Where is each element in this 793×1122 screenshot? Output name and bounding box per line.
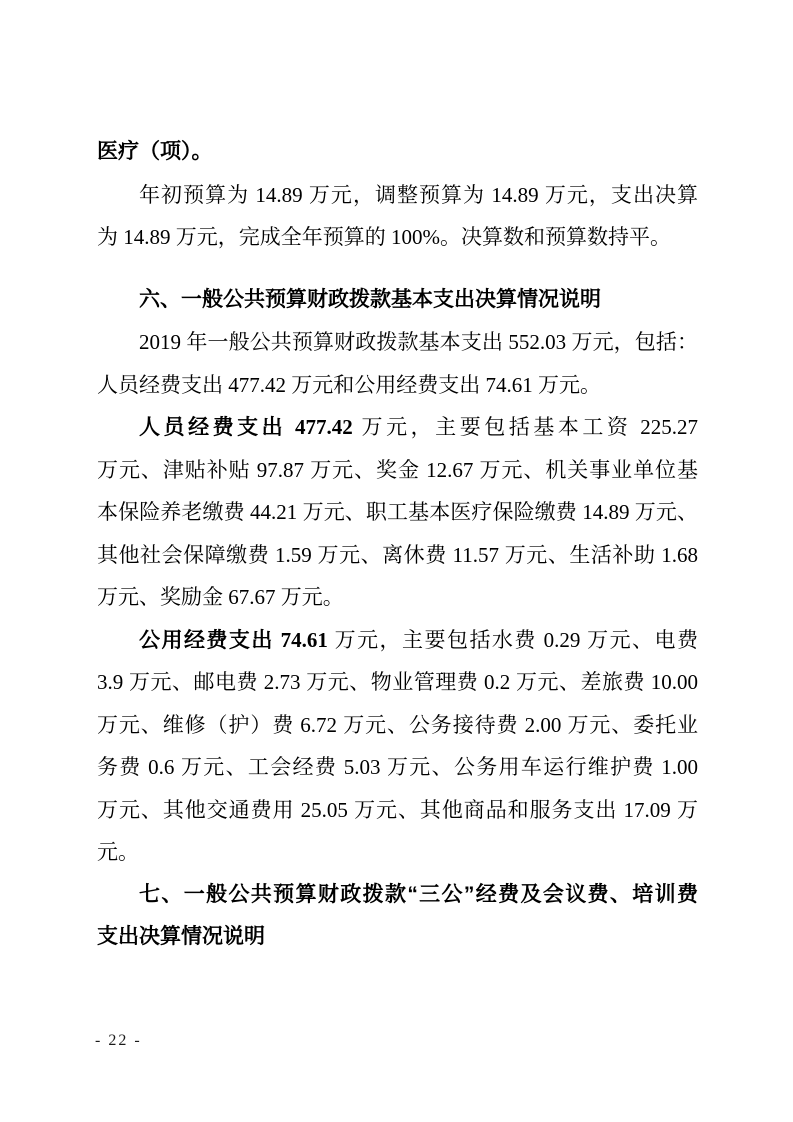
text-segment-bold: 七、一般公共预算财政拨款“三公”经费及会议费、培训费 <box>139 883 698 906</box>
text-segment: 万元，主要包括基本工资 225.27 <box>353 415 698 439</box>
para-personnel-expenses-line-5: 万元、奖励金 67.67 万元。 <box>97 576 698 619</box>
text-segment-bold: 人员经费支出 477.42 <box>139 415 353 439</box>
text-segment: 万元、奖励金 67.67 万元。 <box>97 585 344 609</box>
text-segment: 元。 <box>97 840 139 864</box>
heading-section-7-line-1: 七、一般公共预算财政拨款“三公”经费及会议费、培训费 <box>97 874 698 917</box>
text-segment-bold: 公用经费支出 74.61 <box>139 628 328 652</box>
heading-section-7-line-2: 支出决算情况说明 <box>97 916 698 959</box>
text-segment: 3.9 万元、邮电费 2.73 万元、物业管理费 0.2 万元、差旅费 10.0… <box>97 670 698 694</box>
text-segment: 年初预算为 14.89 万元，调整预算为 14.89 万元，支出决算 <box>139 183 698 207</box>
text-segment: 务费 0.6 万元、工会经费 5.03 万元、公务用车运行维护费 1.00 <box>97 755 698 779</box>
para-basic-expenditure-total-line-2: 人员经费支出 477.42 万元和公用经费支出 74.61 万元。 <box>97 364 698 407</box>
document-page: 医疗（项）。年初预算为 14.89 万元，调整预算为 14.89 万元，支出决算… <box>0 0 793 1122</box>
para-public-expenses-line-4: 务费 0.6 万元、工会经费 5.03 万元、公务用车运行维护费 1.00 <box>97 746 698 789</box>
heading-section-6-line-1: 六、一般公共预算财政拨款基本支出决算情况说明 <box>97 279 698 322</box>
para-personnel-expenses-line-2: 万元、津贴补贴 97.87 万元、奖金 12.67 万元、机关事业单位基 <box>97 449 698 492</box>
document-body: 医疗（项）。年初预算为 14.89 万元，调整预算为 14.89 万元，支出决算… <box>97 131 698 959</box>
text-segment-bold: 六、一般公共预算财政拨款基本支出决算情况说明 <box>139 288 601 311</box>
para-personnel-expenses-line-4: 其他社会保障缴费 1.59 万元、离休费 11.57 万元、生活补助 1.68 <box>97 534 698 577</box>
para-basic-expenditure-total-line-1: 2019 年一般公共预算财政拨款基本支出 552.03 万元，包括： <box>97 321 698 364</box>
text-segment: 万元、维修（护）费 6.72 万元、公务接待费 2.00 万元、委托业 <box>97 713 698 737</box>
heading-yiliao-continued: 医疗（项）。 <box>97 131 698 174</box>
text-segment: 2019 年一般公共预算财政拨款基本支出 552.03 万元，包括： <box>139 330 698 354</box>
para-medical-budget-summary: 年初预算为 14.89 万元，调整预算为 14.89 万元，支出决算为 14.8… <box>97 174 698 259</box>
text-segment: 万元、其他交通费用 25.05 万元、其他商品和服务支出 17.09 万 <box>97 798 698 822</box>
para-personnel-expenses-line-3: 本保险养老缴费 44.21 万元、职工基本医疗保险缴费 14.89 万元、 <box>97 491 698 534</box>
text-segment: 其他社会保障缴费 1.59 万元、离休费 11.57 万元、生活补助 1.68 <box>97 543 698 567</box>
para-personnel-expenses: 人员经费支出 477.42 万元，主要包括基本工资 225.27万元、津贴补贴 … <box>97 406 698 619</box>
para-medical-budget-summary-line-2: 为 14.89 万元，完成全年预算的 100%。决算数和预算数持平。 <box>97 216 698 259</box>
page-number: - 22 - <box>95 1030 142 1052</box>
text-segment: 为 14.89 万元，完成全年预算的 100%。决算数和预算数持平。 <box>97 225 671 249</box>
para-public-expenses-line-5: 万元、其他交通费用 25.05 万元、其他商品和服务支出 17.09 万 <box>97 789 698 832</box>
para-public-expenses-line-1: 公用经费支出 74.61 万元，主要包括水费 0.29 万元、电费 <box>97 619 698 662</box>
para-public-expenses-line-6: 元。 <box>97 831 698 874</box>
text-segment-bold: 医疗（项）。 <box>97 140 213 163</box>
text-segment: 人员经费支出 477.42 万元和公用经费支出 74.61 万元。 <box>97 373 601 397</box>
text-segment-bold: 支出决算情况说明 <box>97 925 265 948</box>
para-medical-budget-summary-line-1: 年初预算为 14.89 万元，调整预算为 14.89 万元，支出决算 <box>97 174 698 217</box>
text-segment: 万元、津贴补贴 97.87 万元、奖金 12.67 万元、机关事业单位基 <box>97 458 698 482</box>
para-public-expenses-line-3: 万元、维修（护）费 6.72 万元、公务接待费 2.00 万元、委托业 <box>97 704 698 747</box>
text-segment: 本保险养老缴费 44.21 万元、职工基本医疗保险缴费 14.89 万元、 <box>97 500 698 524</box>
heading-yiliao-continued-line-1: 医疗（项）。 <box>97 131 698 174</box>
text-segment: 万元，主要包括水费 0.29 万元、电费 <box>328 628 698 652</box>
para-basic-expenditure-total: 2019 年一般公共预算财政拨款基本支出 552.03 万元，包括：人员经费支出… <box>97 321 698 406</box>
para-public-expenses: 公用经费支出 74.61 万元，主要包括水费 0.29 万元、电费3.9 万元、… <box>97 619 698 874</box>
para-public-expenses-line-2: 3.9 万元、邮电费 2.73 万元、物业管理费 0.2 万元、差旅费 10.0… <box>97 661 698 704</box>
heading-section-7: 七、一般公共预算财政拨款“三公”经费及会议费、培训费支出决算情况说明 <box>97 874 698 959</box>
heading-section-6: 六、一般公共预算财政拨款基本支出决算情况说明 <box>97 279 698 322</box>
para-personnel-expenses-line-1: 人员经费支出 477.42 万元，主要包括基本工资 225.27 <box>97 406 698 449</box>
